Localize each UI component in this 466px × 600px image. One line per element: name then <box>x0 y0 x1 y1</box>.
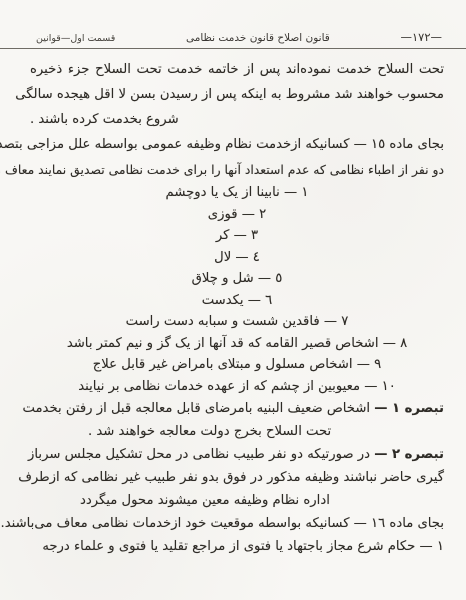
list-item: ٤ — لال <box>30 247 444 269</box>
text-line: تحت السلاح خدمت نموده‌اند پس از خاتمه خد… <box>30 57 444 82</box>
note-label: تبصره ٢ — <box>374 447 444 462</box>
text-line: دو نفر از اطباء نظامی که عدم استعداد آنه… <box>30 157 444 182</box>
text-line: ١ — حکام شرع مجاز باجتهاد یا فتوی از مرا… <box>30 535 444 558</box>
page-header: —١٧٢— قانون اصلاح قانون خدمت نظامی قسمت … <box>0 0 466 49</box>
text-line: اداره نظام وظیفه معین میشوند محول میگردد <box>30 489 444 512</box>
text-line: گیری حاضر نباشند وظیفه مذکور در فوق بدو … <box>30 466 444 489</box>
note-text: در صورتیکه دو نفر طبیب نظامی در محل تشکی… <box>28 447 370 462</box>
list-item: ٢ — قوزی <box>30 204 444 226</box>
note-label: تبصره ١ — <box>374 401 444 416</box>
list-item: ١ — نابینا از یک یا دوچشم <box>30 182 444 204</box>
scanned-page: —١٧٢— قانون اصلاح قانون خدمت نظامی قسمت … <box>0 0 466 600</box>
list-item: ٦ — یکدست <box>30 290 444 312</box>
note-text: اشخاص ضعیف البنیه بامرضای قابل معالجه قب… <box>23 401 371 416</box>
section-label: قسمت اول—قوانین <box>36 33 115 44</box>
list-item: ٧ — فاقدین شست و سبابه دست راست <box>30 311 444 333</box>
text-line: بجای ماده ١٦ — کسانیکه بواسطه موقعیت خود… <box>30 512 444 535</box>
document-body: تحت السلاح خدمت نموده‌اند پس از خاتمه خد… <box>0 49 466 558</box>
list-item: ٥ — شل و چلاق <box>30 268 444 290</box>
list-item: ١٠ — معیوبین از چشم که از عهده خدمات نظا… <box>30 376 444 398</box>
text-line: بجای ماده ١٥ — کسانیکه ازخدمت نظام وظیفه… <box>30 132 444 157</box>
list-item: ٩ — اشخاص مسلول و مبتلای بامراض غیر قابل… <box>30 354 444 376</box>
list-item: ٣ — کر <box>30 225 444 247</box>
text-line: محسوب خواهند شد مشروط به اینکه پس از رسی… <box>30 82 444 107</box>
list-item: ٨ — اشخاص قصیر القامه که قد آنها از یک گ… <box>30 333 444 355</box>
note-line: تبصره ١ — اشخاص ضعیف البنیه بامرضای قابل… <box>30 397 444 420</box>
text-line: تحت السلاح بخرج دولت معالجه خواهند شد . <box>30 420 444 443</box>
document-title: قانون اصلاح قانون خدمت نظامی <box>186 32 330 44</box>
text-line: شروع بخدمت کرده باشند . <box>30 107 444 132</box>
page-number: —١٧٢— <box>400 30 442 44</box>
note-line: تبصره ٢ — در صورتیکه دو نفر طبیب نظامی د… <box>30 443 444 466</box>
